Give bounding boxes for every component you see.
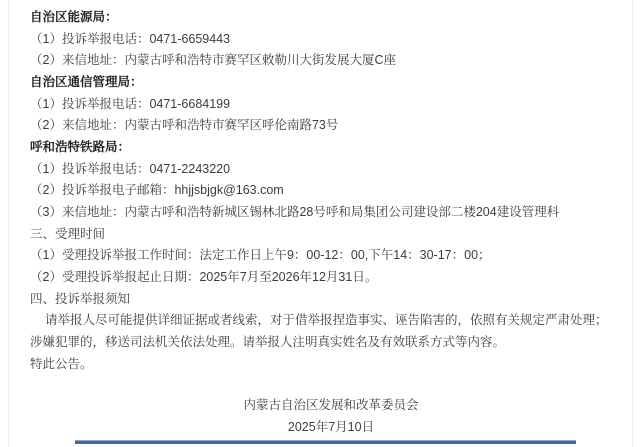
page-left-border (8, 0, 9, 447)
bureau-item-email: （2）投诉举报电子邮箱：hhjjsbjgk@163.com (30, 180, 612, 202)
signature-date: 2025年7月10日 (50, 417, 612, 439)
bureau-item-address: （2）来信地址：内蒙古呼和浩特市赛罕区敕勒川大街发展大厦C座 (30, 50, 612, 72)
bureau-item-address: （3）来信地址：内蒙古呼和浩特新城区锡林北路28号呼和局集团公司建设部二楼204… (30, 202, 612, 224)
signature-org: 内蒙古自治区发展和改革委员会 (50, 395, 612, 417)
bureau-item-phone: （1）投诉举报电话：0471-6659443 (30, 29, 612, 51)
closing-line: 特此公告。 (30, 354, 612, 376)
bottom-divider (75, 440, 576, 444)
acceptance-time-hours: （1）受理投诉举报工作时间：法定工作日上午9：00-12：00,下午14：30-… (30, 245, 612, 267)
bureau-name-energy: 自治区能源局： (30, 7, 612, 29)
bureau-item-phone: （1）投诉举报电话：0471-2243220 (30, 159, 612, 181)
page-right-border (632, 0, 633, 447)
notice-paragraph: 请举报人尽可能提供详细证据或者线索，对于借举报捏造事实、诬告陷害的，依照有关规定… (30, 310, 612, 353)
section-heading-acceptance-time: 三、受理时间 (30, 224, 612, 246)
section-heading-notice: 四、投诉举报须知 (30, 289, 612, 311)
signature-block: 内蒙古自治区发展和改革委员会 2025年7月10日 (30, 395, 612, 438)
bureau-name-railway: 呼和浩特铁路局： (30, 137, 612, 159)
bureau-name-communications: 自治区通信管理局： (30, 72, 612, 94)
acceptance-time-period: （2）受理投诉举报起止日期：2025年7月至2026年12月31日。 (30, 267, 612, 289)
notice-body: 自治区能源局： （1）投诉举报电话：0471-6659443 （2）来信地址：内… (30, 7, 612, 438)
bureau-item-phone: （1）投诉举报电话：0471-6684199 (30, 94, 612, 116)
bureau-item-address: （2）来信地址：内蒙古呼和浩特市赛罕区呼伦南路73号 (30, 115, 612, 137)
